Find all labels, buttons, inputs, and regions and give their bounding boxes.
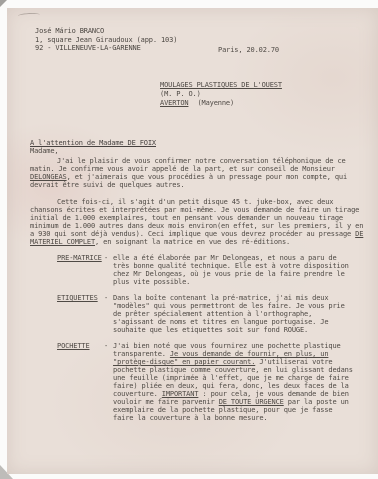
recipient-city-line: AVERTON(Mayenne) <box>160 99 282 108</box>
section-etiquettes: ETIQUETTES - Dans la boîte contenant la … <box>57 294 364 334</box>
pencil-mark <box>18 12 40 18</box>
section-text: elle a été élaborée par Mr Delongeas, et… <box>113 254 353 286</box>
section-label: POCHETTE <box>57 342 104 422</box>
text-segment: J'ai le plaisir de vous confirmer notre … <box>30 157 346 173</box>
sender-block: José Mário BRANCO 1, square Jean Giraudo… <box>35 27 177 53</box>
letter-date: Paris, 20.02.70 <box>218 46 279 54</box>
text-segment-underlined: IMPORTANT <box>162 390 199 398</box>
scanned-letter: José Mário BRANCO 1, square Jean Giraudo… <box>0 0 378 479</box>
salutation: Madame, <box>30 147 364 155</box>
scan-corner-mark-top-left <box>0 0 7 7</box>
text-segment: , et j'aimerais que vous procédies à un … <box>30 173 347 189</box>
section-pre-matrice: PRE-MATRICE - elle a été élaborée par Mr… <box>57 254 364 286</box>
section-dash: - <box>104 342 113 422</box>
recipient-region: (Mayenne) <box>197 99 234 107</box>
text-segment: , en soignant la matrice en vue des ré-é… <box>95 238 290 246</box>
text-segment: elle a été élaborée par Mr Delongeas, et… <box>113 254 349 286</box>
text-segment: Dans la boîte contenant la pré-matrice, … <box>113 294 345 334</box>
section-label: PRE-MATRICE <box>57 254 104 286</box>
recipient-company: MOULAGES PLASTIQUES DE L'OUEST <box>160 81 282 90</box>
sender-address-line2: 92 - VILLENEUVE-LA-GARENNE <box>35 44 177 53</box>
section-text: Dans la boîte contenant la pré-matrice, … <box>113 294 353 334</box>
recipient-city: AVERTON <box>160 99 188 107</box>
letter-page: José Mário BRANCO 1, square Jean Giraudo… <box>7 8 378 474</box>
text-segment-underlined: DELONGEAS <box>30 173 67 181</box>
text-segment-underlined: DE TOUTE URGENCE <box>219 398 284 406</box>
section-label: ETIQUETTES <box>57 294 104 334</box>
paragraph-1: J'ai le plaisir de vous confirmer notre … <box>30 157 364 189</box>
recipient-block: MOULAGES PLASTIQUES DE L'OUEST (M. P. O.… <box>160 81 282 107</box>
attention-line: A l'attention de Madame DE FOIX <box>30 139 156 147</box>
letter-body: Madame, J'ai le plaisir de vous confirme… <box>30 147 364 422</box>
section-dash: - <box>104 254 113 286</box>
recipient-abbr: (M. P. O.) <box>160 90 282 99</box>
sender-name: José Mário BRANCO <box>35 27 177 36</box>
section-text: J'ai bien noté que vous fournirez une po… <box>113 342 353 422</box>
section-dash: - <box>104 294 113 334</box>
text-segment: Cette fois-ci, il s'agit d'un petit disq… <box>30 198 363 238</box>
section-pochette: POCHETTE - J'ai bien noté que vous fourn… <box>57 342 364 422</box>
paragraph-2: Cette fois-ci, il s'agit d'un petit disq… <box>30 198 364 246</box>
sender-address-line1: 1, square Jean Giraudoux (app. 103) <box>35 36 177 45</box>
